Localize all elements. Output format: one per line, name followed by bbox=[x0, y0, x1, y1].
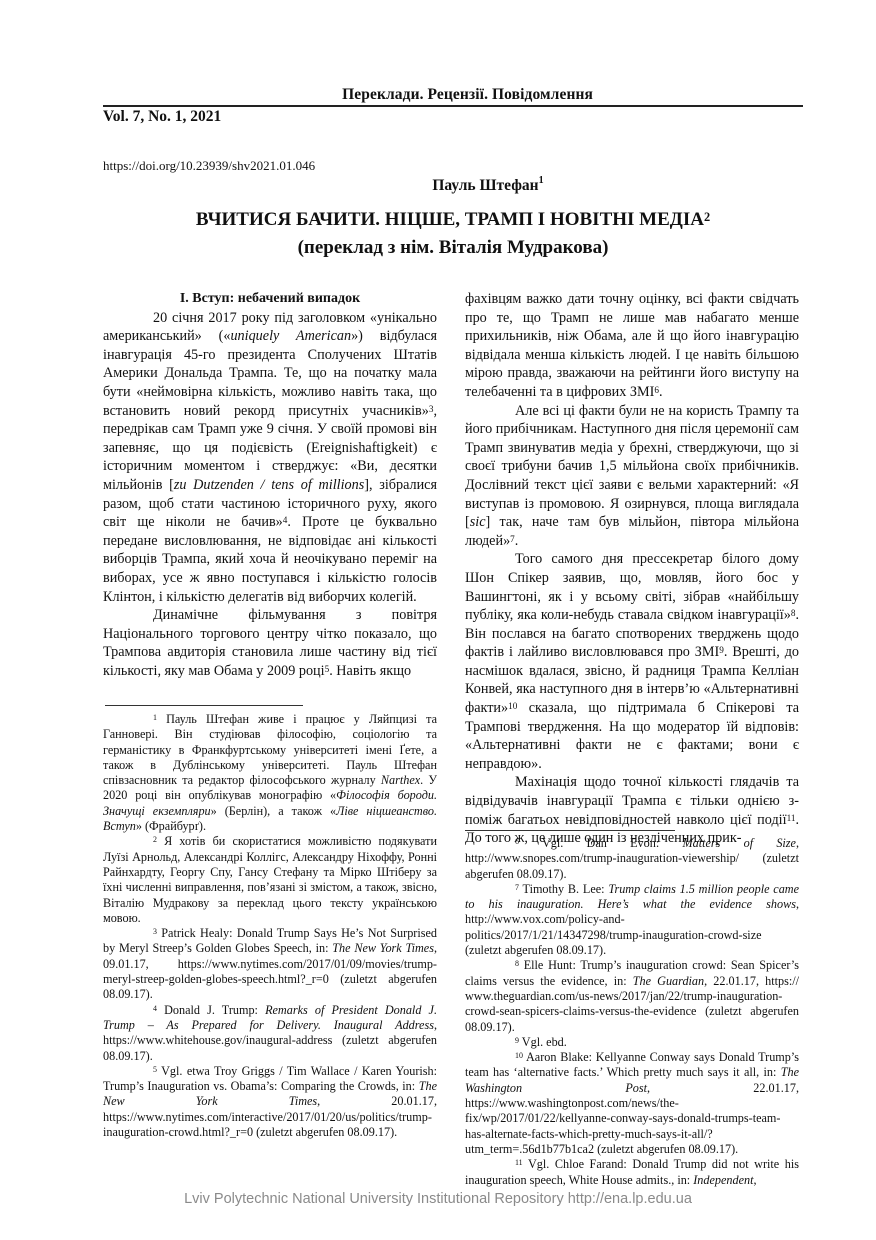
footnote-number: 11 bbox=[515, 1158, 523, 1167]
article-subtitle: (переклад з нім. Віталія Мудракова) bbox=[103, 234, 803, 261]
footnote-number: 1 bbox=[153, 713, 157, 722]
paragraph: Того самого дня прессекретар білого дому… bbox=[465, 550, 799, 773]
footnote-ref-10[interactable]: 10 bbox=[508, 701, 517, 711]
footnote-ref-11[interactable]: 11 bbox=[787, 813, 796, 823]
doi-link[interactable]: https://doi.org/10.23939/shv2021.01.046 bbox=[103, 158, 315, 174]
footnotes-left: 1 Пауль Штефан живе і працює у Ляйпцизі … bbox=[103, 712, 437, 1140]
footnote-ref-5[interactable]: 5 bbox=[325, 664, 330, 674]
article-author: Пауль Штефан1 bbox=[0, 177, 876, 195]
footnotes-right: 6 Vgl. Dan Evon: Matters of Size, http:/… bbox=[465, 836, 799, 1188]
footnote-number: 3 bbox=[153, 927, 157, 936]
section-heading: I. Вступ: небачений випадок bbox=[103, 290, 437, 309]
footnote-ref-9[interactable]: 9 bbox=[719, 645, 724, 655]
footnote-number: 4 bbox=[153, 1004, 157, 1013]
paragraph: 20 січня 2017 року під заголовком «уніка… bbox=[103, 309, 437, 607]
footnote-4: 4 Donald J. Trump: Remarks of President … bbox=[103, 1003, 437, 1064]
footnote-number: 6 bbox=[515, 837, 519, 846]
footnote-ref-7[interactable]: 7 bbox=[510, 534, 515, 544]
footnote-10: 10 Aaron Blake: Kellyanne Conway says Do… bbox=[465, 1050, 799, 1157]
footnote-number: 7 bbox=[515, 883, 519, 892]
paragraph: Але всі ці факти були не на користь Трам… bbox=[465, 402, 799, 551]
footnote-5: 5 Vgl. etwa Troy Griggs / Tim Wallace / … bbox=[103, 1064, 437, 1140]
footnote-number: 10 bbox=[515, 1051, 523, 1060]
right-column: фахівцям важко дати точну оцінку, всі фа… bbox=[465, 290, 799, 848]
footnote-number: 9 bbox=[515, 1036, 519, 1045]
footnote-separator bbox=[105, 705, 303, 706]
footnote-ref-2[interactable]: 2 bbox=[704, 210, 710, 224]
footnote-11: 11 Vgl. Chloe Farand: Donald Trump did n… bbox=[465, 1157, 799, 1188]
footnote-2: 2 Я хотів би скористатися можливістю под… bbox=[103, 834, 437, 926]
footnote-ref-3[interactable]: 3 bbox=[429, 404, 434, 414]
header-rule bbox=[103, 105, 803, 107]
footnote-number: 2 bbox=[153, 835, 157, 844]
footnote-number: 8 bbox=[515, 959, 519, 968]
footnote-7: 7 Timothy B. Lee: Trump claims 1.5 milli… bbox=[465, 882, 799, 958]
volume-info: Vol. 7, No. 1, 2021 bbox=[103, 108, 221, 126]
repository-footer[interactable]: Lviv Polytechnic National University Ins… bbox=[0, 1191, 876, 1207]
left-column: I. Вступ: небачений випадок 20 січня 201… bbox=[103, 290, 437, 680]
journal-section-header: Переклади. Рецензії. Повідомлення bbox=[103, 86, 803, 104]
title-text: ВЧИТИСЯ БАЧИТИ. НІЦШЕ, ТРАМП І НОВІТНІ М… bbox=[196, 209, 704, 230]
article-title: ВЧИТИСЯ БАЧИТИ. НІЦШЕ, ТРАМП І НОВІТНІ М… bbox=[103, 206, 803, 233]
footnote-ref-6[interactable]: 6 bbox=[654, 385, 659, 395]
footnote-3: 3 Patrick Healy: Donald Trump Says He’s … bbox=[103, 926, 437, 1002]
footnote-8: 8 Elle Hunt: Trump’s inauguration crowd:… bbox=[465, 958, 799, 1034]
footnote-ref-8[interactable]: 8 bbox=[791, 608, 796, 618]
footnote-9: 9 Vgl. ebd. bbox=[465, 1035, 799, 1050]
footnote-1: 1 Пауль Штефан живе і працює у Ляйпцизі … bbox=[103, 712, 437, 834]
author-name: Пауль Штефан bbox=[432, 177, 538, 194]
footnote-ref-4[interactable]: 4 bbox=[283, 515, 288, 525]
paragraph: фахівцям важко дати точну оцінку, всі фа… bbox=[465, 290, 799, 402]
footnote-6: 6 Vgl. Dan Evon: Matters of Size, http:/… bbox=[465, 836, 799, 882]
footnote-number: 5 bbox=[153, 1065, 157, 1074]
footnote-separator bbox=[465, 830, 675, 831]
paragraph: Динамічне фільмування з повітря Націонал… bbox=[103, 606, 437, 680]
footnote-ref-1[interactable]: 1 bbox=[539, 175, 544, 186]
